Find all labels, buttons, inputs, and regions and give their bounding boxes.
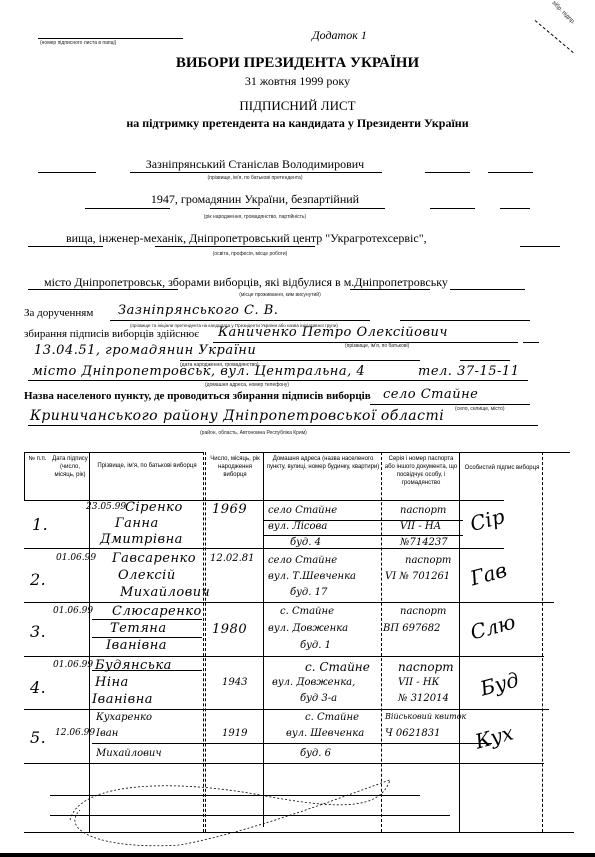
voter-signature: Слю — [468, 610, 518, 645]
by-order-label: За дорученням — [24, 307, 93, 319]
address-line: вул. Довженка — [268, 623, 348, 634]
col-header-address: Домашня адреса (назва населеного пункту,… — [266, 455, 380, 471]
voter-patronymic: Дмитрівна — [100, 532, 183, 547]
address-line: буд. 1 — [300, 640, 331, 651]
row-number: 2. — [30, 570, 46, 589]
blank-line — [28, 380, 528, 381]
signing-date: 23.05.99 — [86, 502, 126, 512]
address-line: село Стайне — [268, 505, 337, 516]
passport-line: №714237 — [400, 537, 448, 548]
voter-signature: Гав — [468, 558, 510, 591]
candidate-info-caption: (рік народження, громадянство, партійніс… — [110, 214, 400, 220]
collector-phone[interactable]: тел. 37-15-11 — [418, 364, 519, 379]
cell-line — [92, 619, 202, 620]
col-header-date: Дата підпису (число, місяць, рік) — [51, 455, 89, 479]
address-line: вул. Т.Шевченка — [268, 571, 356, 582]
settlement-value[interactable]: село Стайне — [383, 387, 478, 402]
blank-line — [210, 208, 260, 209]
passport-line: VII - НК — [398, 677, 439, 688]
candidate-residence: місто Дніпропетровськ, зборами виборців,… — [44, 275, 448, 290]
voter-surname: Гавсаренко — [112, 551, 196, 566]
blank-line — [425, 172, 470, 173]
voter-surname: Будянська — [95, 658, 172, 673]
passport-line: Військовий квиток — [385, 712, 466, 721]
voter-surname: Сіренко — [125, 500, 183, 515]
blank-line — [180, 360, 420, 361]
blank-line — [460, 360, 510, 361]
collector-address[interactable]: місто Дніпропетровськ, вул. Центральна, … — [32, 364, 365, 379]
cell-line — [92, 743, 492, 744]
blank-line — [290, 208, 385, 209]
voter-patronymic: Михайлович — [120, 585, 210, 600]
voter-surname: Кухаренко — [96, 712, 152, 723]
address-line: с. Стайне — [280, 606, 334, 617]
signing-date: 01.06.99 — [56, 553, 96, 563]
passport-line: № 312014 — [398, 693, 449, 704]
address-line: буд. 17 — [290, 587, 327, 598]
candidate-name-caption: (прізвище, ім'я, по батькові претендента… — [110, 175, 400, 181]
document-subtitle: на підтримку претендента на кандидата у … — [0, 116, 595, 131]
page-bottom-border — [0, 853, 595, 857]
passport-line: ВП 697682 — [383, 623, 440, 634]
table-border — [24, 500, 504, 501]
col-header-name: Прізвище, ім'я, по батькові виборця — [92, 462, 202, 470]
blank-line — [520, 246, 560, 247]
birth-date: 12.02.81 — [210, 553, 255, 564]
signing-date: 01.06.99 — [53, 606, 93, 616]
passport-line: VI № 701261 — [385, 571, 450, 582]
col-header-passport: Серія і номер паспорта або іншого докуме… — [384, 455, 458, 487]
collector-label: збирання підписів виборців здійснює — [24, 328, 199, 340]
blank-line — [450, 289, 525, 290]
corner-stamp: зібр. підпр. — [550, 0, 576, 26]
column-divider — [542, 452, 543, 832]
blank-line — [28, 246, 103, 247]
blank-line — [28, 425, 538, 426]
candidate-info: 1947, громадянин України, безпартійний — [110, 192, 400, 207]
address-line: вул. Лісова — [268, 521, 327, 532]
collector-name[interactable]: Каниченко Петро Олексійович — [218, 325, 448, 340]
row-divider — [24, 548, 504, 549]
election-date: 31 жовтня 1999 року — [0, 74, 595, 89]
settlement-value-2[interactable]: Криничанського району Дніпропетровської … — [30, 408, 444, 424]
col-header-birth: Число, місяць, рік народження виборця — [208, 455, 262, 479]
blank-line — [370, 404, 530, 405]
candidate-name: Зазніпрянський Станіслав Володимирович — [110, 157, 400, 172]
voter-signature: Буд — [478, 667, 522, 700]
sheet-number-caption: (номер підписного листа в папці) — [40, 40, 116, 46]
row-number: 5. — [30, 728, 46, 747]
address-line: буд. 6 — [300, 748, 331, 759]
candidate-occupation-caption: (освіта, професія, місце роботи) — [150, 251, 350, 257]
row-divider — [24, 763, 544, 764]
voter-firstname: Ганна — [115, 516, 159, 531]
address-line: вул. Довженка, — [272, 677, 355, 688]
collector-name-caption: (прізвище, ім'я, по батькові) — [345, 343, 409, 349]
address-line: с. Стайне — [305, 660, 370, 674]
address-line: село Стайне — [268, 555, 337, 566]
settlement-caption-2: (район, область, Автономна Республіка Кр… — [200, 430, 307, 436]
voter-firstname: Олексій — [118, 568, 176, 583]
passport-line: Ч 0621831 — [385, 728, 440, 739]
passport-line: паспорт — [398, 660, 454, 674]
blank-line — [130, 172, 382, 173]
cell-line — [263, 535, 463, 536]
blank-line — [38, 172, 96, 173]
document-title: ПІДПИСНИЙ ЛИСТ — [0, 98, 595, 114]
settlement-label: Назва населеного пункту, де проводиться … — [24, 390, 371, 402]
appendix-label: Додаток 1 — [312, 28, 367, 43]
blank-line — [500, 208, 530, 209]
row-divider — [24, 602, 554, 603]
settlement-caption-1: (село, селище, місто) — [455, 406, 504, 412]
passport-line: VII - НА — [400, 521, 441, 532]
crossout-scribble — [60, 770, 420, 850]
voter-signature: Сір — [467, 504, 507, 536]
voter-signature: Кух — [473, 720, 516, 753]
voter-patronymic: Іванівна — [106, 638, 167, 653]
blank-line — [110, 320, 370, 321]
signing-date: 12.06.99 — [55, 728, 95, 738]
blank-line — [488, 172, 533, 173]
passport-line: паспорт — [400, 606, 446, 617]
voter-patronymic: Іванівна — [92, 692, 153, 707]
address-line: буд 3-а — [300, 693, 337, 704]
candidate-occupation: вища, інженер-механік, Дніпропетровський… — [66, 231, 427, 246]
passport-line: паспорт — [400, 505, 446, 516]
candidate-residence-caption: (місце проживання, ким висунутий) — [200, 292, 360, 298]
voter-firstname: Тетяна — [110, 621, 167, 636]
birth-date: 1980 — [212, 622, 247, 637]
birth-date: 1943 — [222, 677, 247, 688]
blank-line — [85, 208, 170, 209]
election-title: ВИБОРИ ПРЕЗИДЕНТА УКРАЇНИ — [0, 55, 595, 72]
column-divider — [459, 452, 460, 832]
col-header-signature: Особистий підпис виборця — [462, 464, 542, 472]
collector-address-caption: (домашня адреса, номер телефону) — [205, 382, 289, 388]
corner-mark — [535, 20, 574, 53]
table-border — [240, 452, 570, 453]
row-number: 4. — [30, 678, 46, 697]
voter-patronymic: Михайлович — [96, 748, 162, 759]
by-order-value[interactable]: Зазніпрянського С. В. — [118, 303, 278, 318]
voter-firstname: Іван — [96, 728, 118, 739]
collector-info[interactable]: 13.04.51, громадянин України — [34, 343, 256, 358]
blank-line — [400, 320, 530, 321]
blank-line — [155, 246, 315, 247]
address-line: с. Стайне — [305, 712, 359, 723]
birth-date: 1919 — [222, 728, 247, 739]
blank-line — [430, 208, 475, 209]
birth-date: 1969 — [212, 502, 247, 517]
passport-line: паспорт — [405, 555, 451, 566]
signing-date: 01.06.99 — [53, 660, 93, 670]
col-header-num: № п.п. — [25, 455, 50, 463]
row-divider — [24, 709, 549, 710]
row-divider — [24, 656, 544, 657]
sheet-number-line — [38, 38, 183, 39]
voter-surname: Слюсаренко — [112, 604, 202, 619]
table-border — [24, 452, 204, 453]
address-line: вул. Шевченка — [286, 728, 364, 739]
row-number: 3. — [30, 622, 46, 641]
voter-firstname: Ніна — [95, 675, 129, 690]
address-line: буд. 4 — [290, 537, 321, 548]
blank-line — [523, 342, 539, 343]
row-number: 1. — [32, 515, 48, 534]
